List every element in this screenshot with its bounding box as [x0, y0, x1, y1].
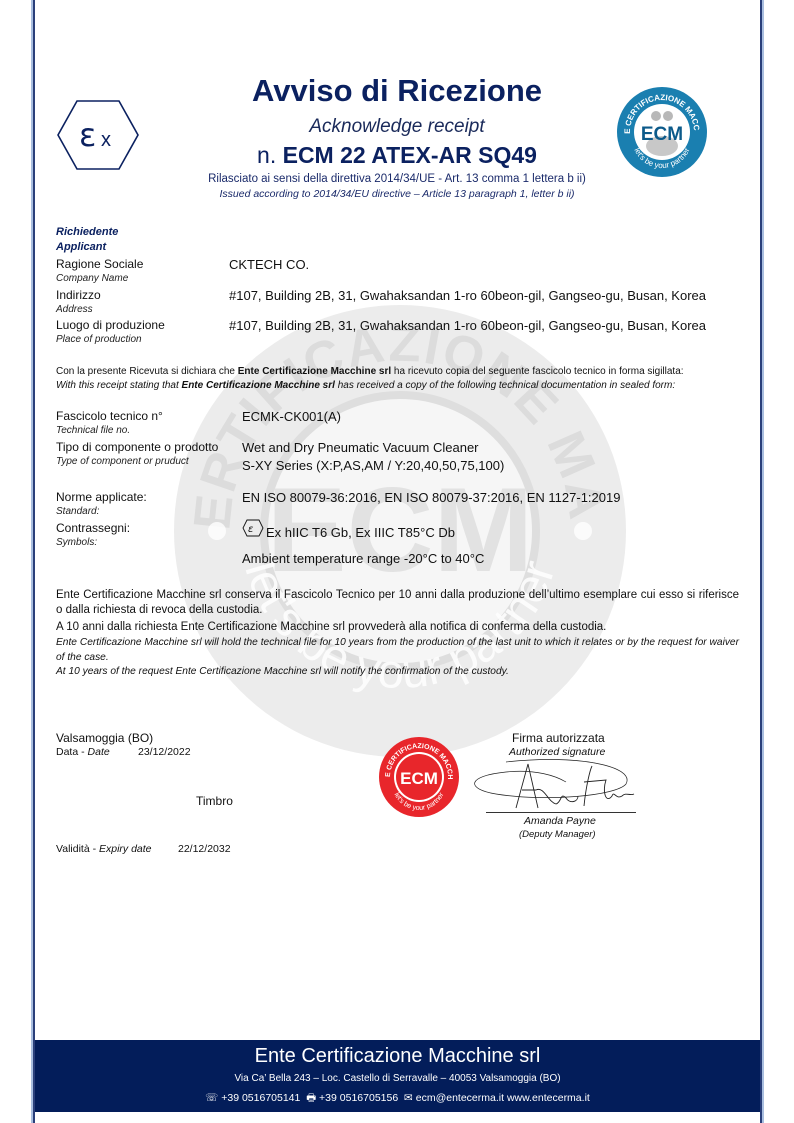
custody-en-1: Ente Certificazione Macchine srl will ho…	[56, 636, 739, 665]
signature-line	[486, 812, 636, 813]
mail-icon: ✉	[404, 1092, 413, 1104]
stamp-label: Timbro	[196, 794, 233, 808]
signer-role: (Deputy Manager)	[519, 829, 596, 840]
technical-file-label: Fascicolo tecnico n°	[56, 409, 163, 423]
footer-company: Ente Certificazione Macchine srl	[35, 1045, 760, 1068]
issued-under-it: Rilasciato ai sensi della direttiva 2014…	[0, 173, 794, 185]
address-label: Indirizzo	[56, 288, 101, 302]
standards-value: EN ISO 80079-36:2016, EN ISO 80079-37:20…	[242, 490, 620, 505]
symbols-label: Contrassegni:	[56, 521, 130, 535]
company-name-value: CKTECH CO.	[229, 257, 309, 272]
declaration-it: Con la presente Ricevuta si dichiara che…	[56, 366, 684, 377]
symbols-label-en: Symbols:	[56, 537, 97, 548]
custody-it-1: Ente Certificazione Macchine srl conserv…	[56, 588, 739, 618]
applicant-heading-it: Richiedente	[56, 226, 118, 238]
document-number: n. ECM 22 ATEX-AR SQ49	[0, 142, 794, 169]
standards-label: Norme applicate:	[56, 490, 147, 504]
production-place-value: #107, Building 2B, 31, Gwahaksandan 1-ro…	[229, 318, 706, 333]
footer-band: Ente Certificazione Macchine srl Via Ca’…	[35, 1040, 760, 1112]
technical-file-label-en: Technical file no.	[56, 425, 130, 436]
expiry-label: Validità - Expiry date	[56, 843, 152, 855]
phone-icon: ☏	[205, 1092, 218, 1104]
issued-under-en: Issued according to 2014/34/EU directive…	[0, 188, 794, 200]
footer-website[interactable]: www.entecerma.it	[507, 1092, 590, 1104]
svg-text:ε: ε	[248, 524, 254, 535]
product-type-label-en: Type of component or pruduct	[56, 456, 189, 467]
product-series-value: S-XY Series (X:P,AS,AM / Y:20,40,50,75,1…	[242, 458, 504, 473]
ex-marking-icon: ε	[242, 519, 264, 537]
production-place-label-en: Place of production	[56, 334, 142, 345]
company-name-label-en: Company Name	[56, 273, 128, 284]
footer-fax: +39 0516705156	[319, 1092, 398, 1104]
footer-phone[interactable]: +39 0516705141	[221, 1092, 300, 1104]
expiry-value: 22/12/2032	[178, 843, 231, 855]
footer-contacts: ☏ +39 0516705141 🖶 +39 0516705156 ✉ ecm@…	[35, 1090, 760, 1108]
symbols-value: Ex hIIC T6 Gb, Ex IIIC T85°C Db	[266, 525, 455, 540]
footer-address: Via Ca’ Bella 243 – Loc. Castello di Ser…	[35, 1073, 760, 1084]
address-value: #107, Building 2B, 31, Gwahaksandan 1-ro…	[229, 288, 706, 303]
date-label: Data - Date	[56, 746, 110, 758]
production-place-label: Luogo di produzione	[56, 318, 165, 332]
document-subtitle: Acknowledge receipt	[0, 116, 794, 138]
place: Valsamoggia (BO)	[56, 731, 153, 745]
signature-label: Firma autorizzata	[512, 731, 605, 745]
technical-file-value: ECMK-CK001(A)	[242, 409, 341, 424]
product-type-label: Tipo di componente o prodotto	[56, 440, 218, 454]
svg-text:ECM: ECM	[400, 769, 438, 788]
custody-en-2: At 10 years of the request Ente Certific…	[56, 665, 739, 680]
signer-name: Amanda Payne	[524, 815, 596, 827]
applicant-heading-en: Applicant	[56, 241, 106, 253]
address-label-en: Address	[56, 304, 93, 315]
handwritten-signature	[466, 756, 638, 816]
declaration-en: With this receipt stating that Ente Cert…	[56, 380, 675, 391]
ambient-temperature: Ambient temperature range -20°C to 40°C	[242, 551, 484, 566]
company-name-label: Ragione Sociale	[56, 257, 143, 271]
footer-email[interactable]: ecm@entecerma.it	[416, 1092, 504, 1104]
standards-label-en: Standard:	[56, 506, 99, 517]
fax-icon: 🖶	[306, 1092, 316, 1104]
document-title: Avviso di Ricezione	[0, 73, 794, 109]
ecm-stamp: ECM ENTE CERTIFICAZIONE MACCHINE let's b…	[378, 736, 460, 818]
product-type-value: Wet and Dry Pneumatic Vacuum Cleaner	[242, 440, 479, 455]
custody-it-2: A 10 anni dalla richiesta Ente Certifica…	[56, 620, 739, 635]
date-value: 23/12/2022	[138, 746, 191, 758]
